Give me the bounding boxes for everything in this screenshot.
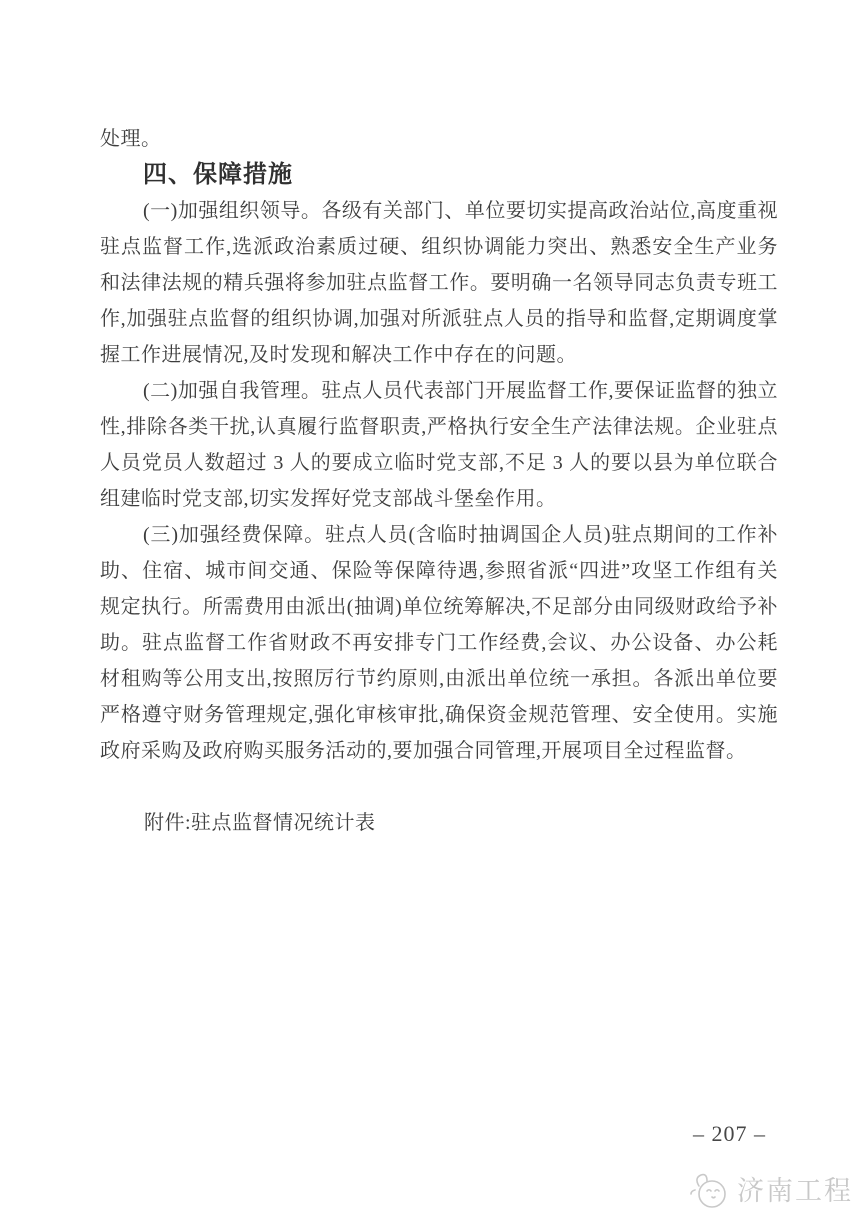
mascot-face-icon: [685, 1168, 731, 1214]
page-number: – 207 –: [693, 1121, 766, 1147]
paragraph-2: (二)加强自我管理。驻点人员代表部门开展监督工作,要保证监督的独立性,排除各类干…: [100, 373, 778, 517]
section-heading: 四、保障措施: [100, 157, 778, 193]
document-page: 处理。 四、保障措施 (一)加强组织领导。各级有关部门、单位要切实提高政治站位,…: [0, 0, 856, 1225]
watermark-text: 济南工程: [737, 1168, 853, 1214]
attachment-line: 附件:驻点监督情况统计表: [100, 805, 778, 841]
watermark: 济南工程: [685, 1168, 853, 1214]
paragraph-3: (三)加强经费保障。驻点人员(含临时抽调国企人员)驻点期间的工作补助、住宿、城市…: [100, 517, 778, 769]
paragraph-continuation: 处理。: [100, 121, 778, 157]
document-body: 处理。 四、保障措施 (一)加强组织领导。各级有关部门、单位要切实提高政治站位,…: [100, 121, 778, 841]
paragraph-1: (一)加强组织领导。各级有关部门、单位要切实提高政治站位,高度重视驻点监督工作,…: [100, 193, 778, 373]
